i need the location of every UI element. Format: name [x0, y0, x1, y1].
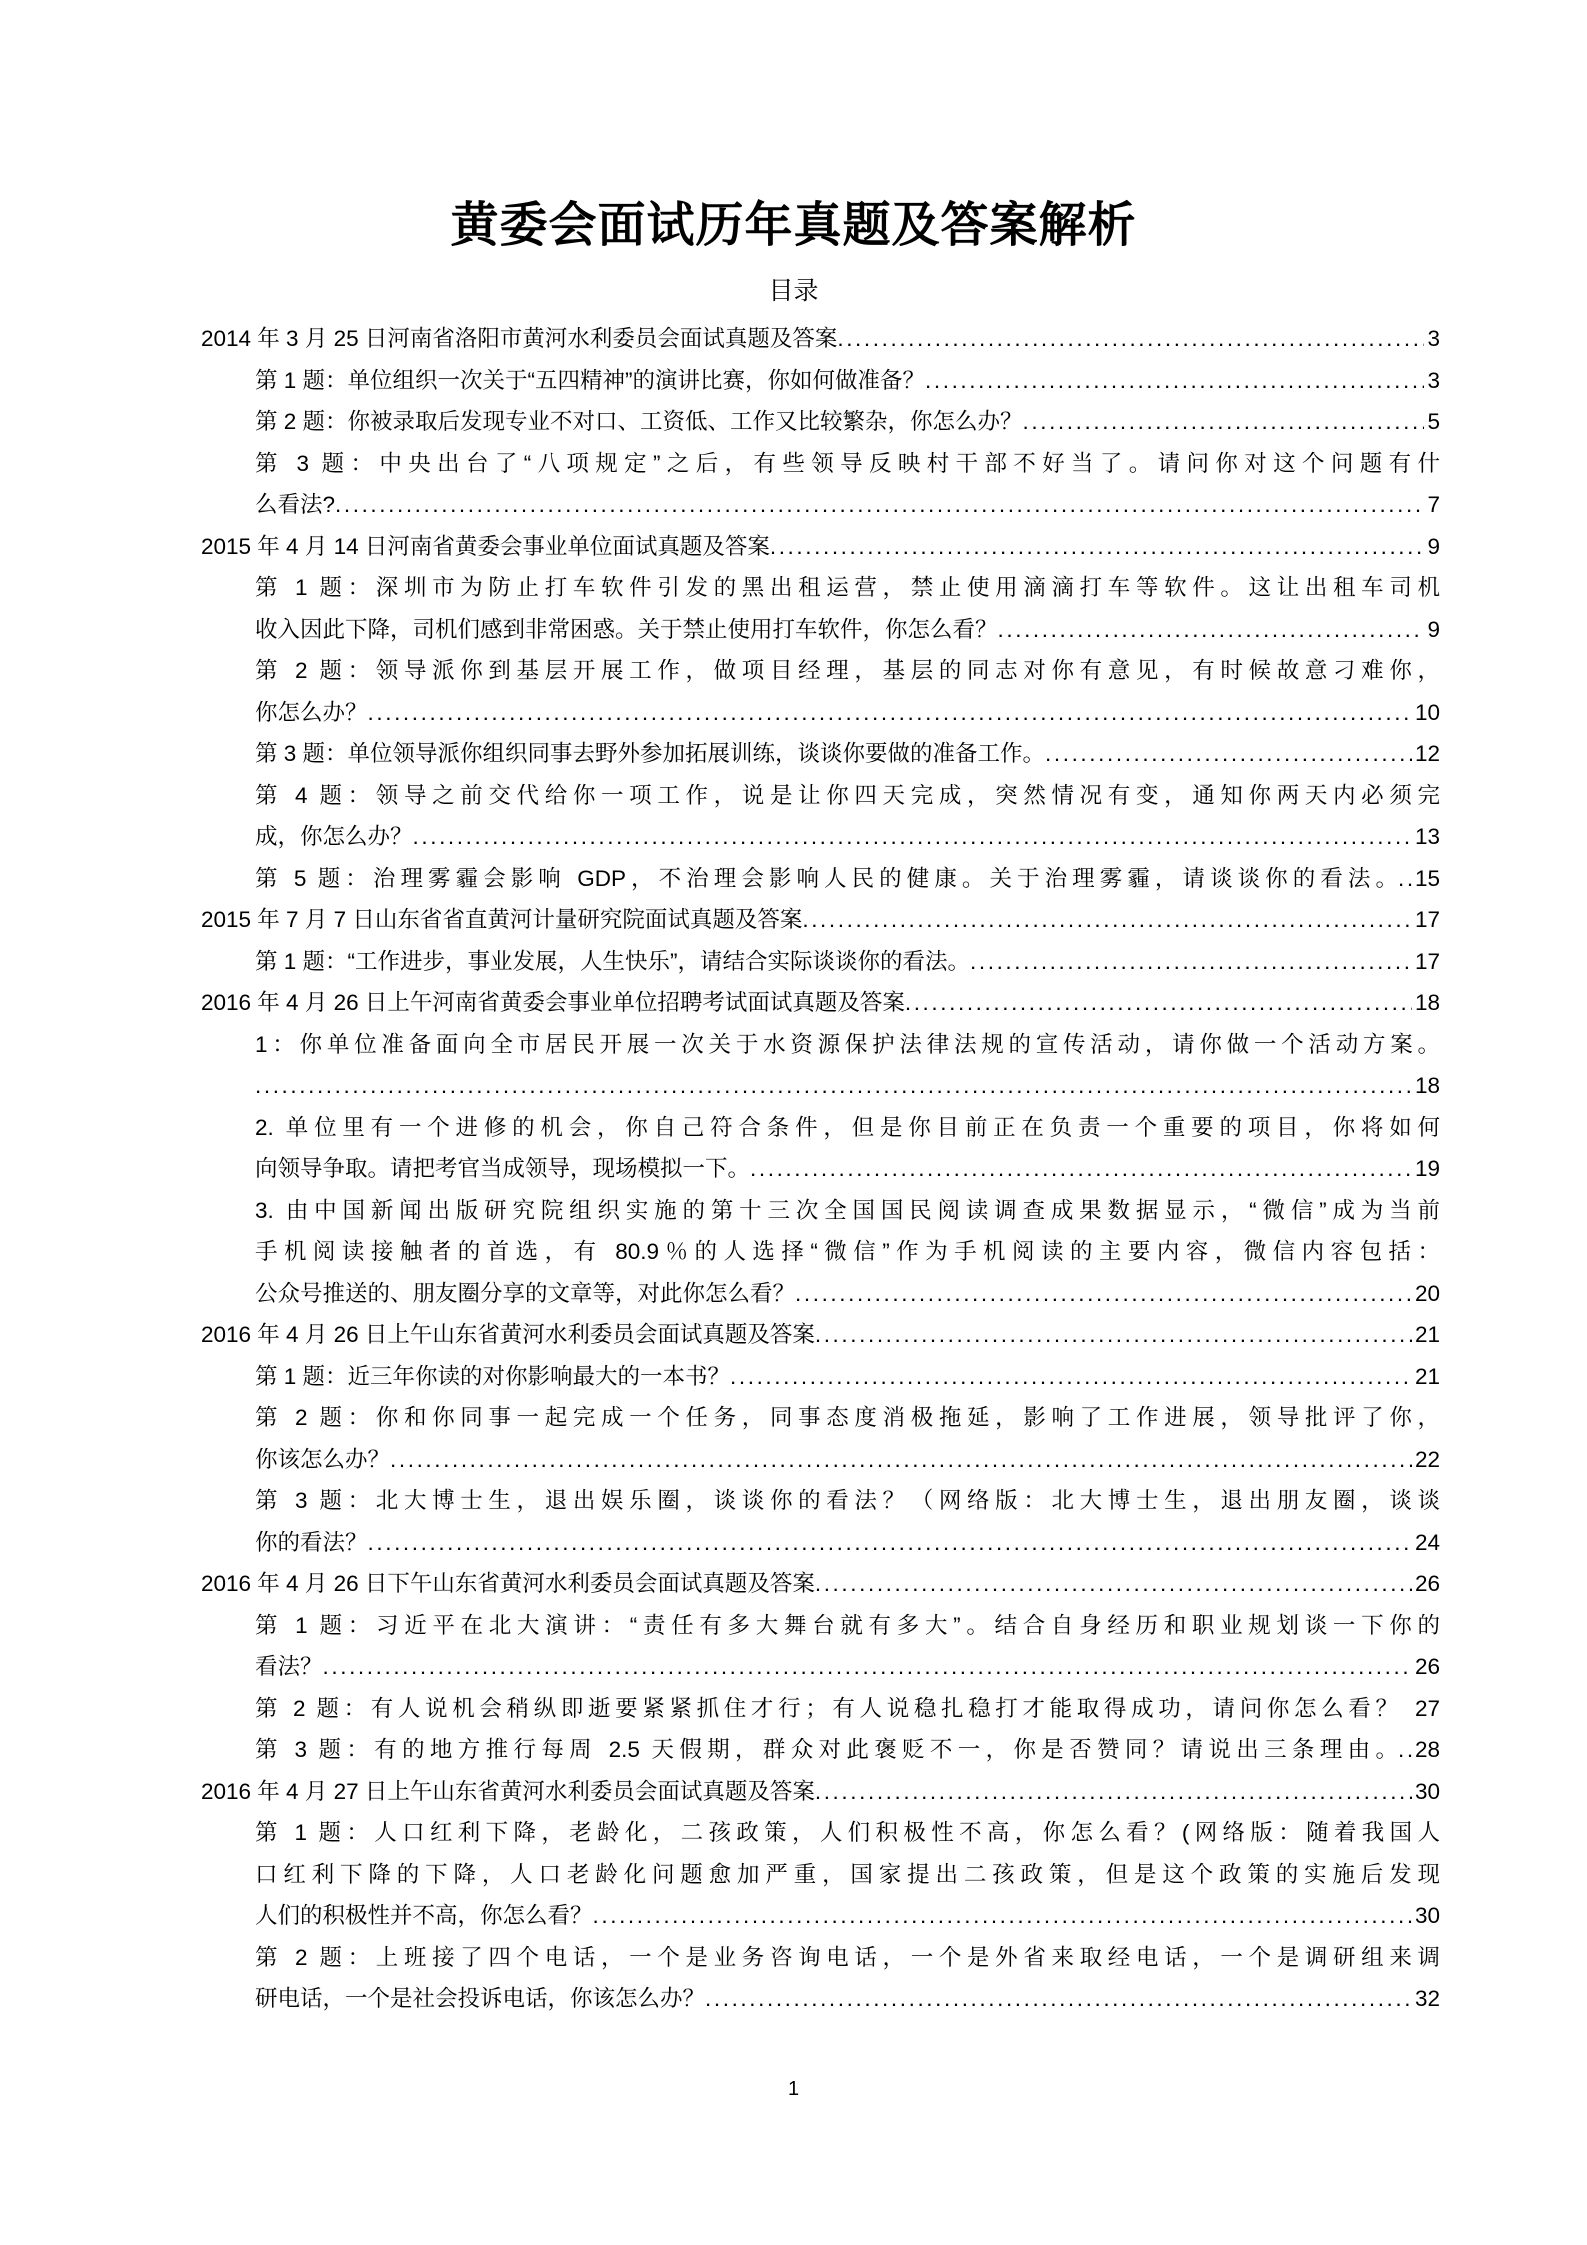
toc-entry-section-line[interactable]: 2016 年 4 月 27 日上午山东省黄河水利委员会面试真题及答案......… [201, 1771, 1440, 1813]
toc-dot-leader: ........................................… [998, 609, 1425, 651]
toc-entry-text: 第 2 题：领导派你到基层开展工作，做项目经理，基层的同志对你有意见，有时候故意… [255, 650, 1440, 692]
toc-dot-leader: ........................................… [925, 360, 1424, 402]
toc-entry-question-line[interactable]: 第 4 题：领导之前交代给你一项工作，说是让你四天完成，突然情况有变，通知你两天… [201, 775, 1440, 817]
toc-entry-text: 么看法? [255, 484, 335, 526]
toc-dot-leader: ........................................… [413, 816, 1412, 858]
toc-entry-text: 第 1 题：深圳市为防止打车软件引发的黑出租运营，禁止使用滴滴打车等软件。这让出… [255, 567, 1440, 609]
toc-dot-leader: ........................................… [335, 484, 1424, 526]
toc-entry-question-line[interactable]: 口红利下降的下降，人口老龄化问题愈加严重，国家提出二孩政策，但是这个政策的实施后… [201, 1854, 1440, 1896]
toc-entry-text: 公众号推送的、朋友圈分享的文章等，对此你怎么看？ [255, 1273, 795, 1315]
toc-page-number: 20 [1412, 1273, 1440, 1315]
toc-entry-text: 第 1 题：“工作进步，事业发展，人生快乐”，请结合实际谈谈你的看法。 [255, 941, 970, 983]
toc-page-number: 7 [1424, 484, 1440, 526]
toc-entry-question-line[interactable]: 第 1 题：“工作进步，事业发展，人生快乐”，请结合实际谈谈你的看法。.....… [201, 941, 1440, 983]
toc-entry-text: 第 1 题：近三年你读的对你影响最大的一本书？ [255, 1356, 730, 1398]
toc-entry-question-line[interactable]: 第 2 题：你和你同事一起完成一个任务，同事态度消极拖延，影响了工作进展，领导批… [201, 1397, 1440, 1439]
toc-entry-text: 第 2 题：你被录取后发现专业不对口、工资低、工作又比较繁杂，你怎么办？ [255, 401, 1023, 443]
toc-entry-text: 第 2 题：你和你同事一起完成一个任务，同事态度消极拖延，影响了工作进展，领导批… [255, 1397, 1440, 1439]
toc-entry-text: 2016 年 4 月 26 日上午山东省黄河水利委员会面试真题及答案 [201, 1314, 815, 1356]
toc-leader-space [1398, 1688, 1412, 1730]
toc-entry-text: 看法？ [255, 1646, 323, 1688]
toc-entry-text: 向领导争取。请把考官当成领导，现场模拟一下。 [255, 1148, 750, 1190]
toc-entry-question-line[interactable]: 成，你怎么办？.................................… [201, 816, 1440, 858]
toc-page-number: 19 [1412, 1148, 1440, 1190]
toc-entry-question-line[interactable]: ........................................… [201, 1065, 1440, 1107]
toc-entry-text: 第 1 题：单位组织一次关于“五四精神”的演讲比赛，你如何做准备？ [255, 360, 925, 402]
toc-entry-question-line[interactable]: 人们的积极性并不高，你怎么看？.........................… [201, 1895, 1440, 1937]
toc-entry-section-line[interactable]: 2016 年 4 月 26 日下午山东省黄河水利委员会面试真题及答案......… [201, 1563, 1440, 1605]
toc-entry-text: 第 3 题：北大博士生，退出娱乐圈，谈谈你的看法？（网络版：北大博士生，退出朋友… [255, 1480, 1440, 1522]
toc-entry-question-line[interactable]: 1：你单位准备面向全市居民开展一次关于水资源保护法律法规的宣传活动，请你做一个活… [201, 1024, 1440, 1066]
toc-dot-leader: ........................................… [815, 1563, 1412, 1605]
toc-dot-leader: ........................................… [705, 1978, 1412, 2020]
toc-entry-text: 你怎么办？ [255, 692, 368, 734]
toc-entry-text: 第 1 题：人口红利下降，老龄化，二孩政策，人们积极性不高，你怎么看？(网络版：… [255, 1812, 1440, 1854]
toc-dot-leader: ........................................… [750, 1148, 1412, 1190]
toc-dot-leader: ........................................… [368, 1522, 1412, 1564]
document-page: 黄委会面试历年真题及答案解析 目录 2014 年 3 月 25 日河南省洛阳市黄… [0, 0, 1587, 2245]
toc-dot-leader: ........................................… [770, 526, 1425, 568]
toc-dot-leader: ........................................… [390, 1439, 1412, 1481]
table-of-contents: 2014 年 3 月 25 日河南省洛阳市黄河水利委员会面试真题及答案.....… [201, 318, 1440, 2020]
toc-entry-question-line[interactable]: 么看法?....................................… [201, 484, 1440, 526]
toc-entry-text: 第 3 题：中央出台了“八项规定”之后，有些领导反映村干部不好当了。请问你对这个… [255, 443, 1440, 485]
toc-entry-text: 2014 年 3 月 25 日河南省洛阳市黄河水利委员会面试真题及答案 [201, 318, 837, 360]
toc-dot-leader: ........................................… [323, 1646, 1412, 1688]
toc-entry-text: 2016 年 4 月 26 日下午山东省黄河水利委员会面试真题及答案 [201, 1563, 815, 1605]
toc-page-number: 3 [1424, 360, 1440, 402]
toc-page-number: 22 [1412, 1439, 1440, 1481]
toc-page-number: 12 [1412, 733, 1440, 775]
toc-entry-question-line[interactable]: 第 1 题：近三年你读的对你影响最大的一本书？.................… [201, 1356, 1440, 1398]
toc-page-number: 30 [1412, 1895, 1440, 1937]
toc-entry-text: 口红利下降的下降，人口老龄化问题愈加严重，国家提出二孩政策，但是这个政策的实施后… [255, 1854, 1440, 1896]
toc-entry-section-line[interactable]: 2014 年 3 月 25 日河南省洛阳市黄河水利委员会面试真题及答案.....… [201, 318, 1440, 360]
toc-page-number: 15 [1412, 858, 1440, 900]
toc-entry-question-line[interactable]: 第 1 题：单位组织一次关于“五四精神”的演讲比赛，你如何做准备？.......… [201, 360, 1440, 402]
toc-entry-text: 第 3 题：单位领导派你组织同事去野外参加拓展训练，谈谈你要做的准备工作。 [255, 733, 1045, 775]
toc-entry-text: 3. 由中国新闻出版研究院组织实施的第十三次全国国民阅读调查成果数据显示，“微信… [255, 1190, 1440, 1232]
toc-entry-text: 手机阅读接触者的首选，有 80.9％的人选择“微信”作为手机阅读的主要内容，微信… [255, 1231, 1440, 1273]
toc-entry-text: 第 3 题：有的地方推行每周 2.5 天假期，群众对此褒贬不一，你是否赞同？请说… [255, 1729, 1398, 1771]
toc-entry-question-line[interactable]: 手机阅读接触者的首选，有 80.9％的人选择“微信”作为手机阅读的主要内容，微信… [201, 1231, 1440, 1273]
toc-entry-text: 2016 年 4 月 26 日上午河南省黄委会事业单位招聘考试面试真题及答案 [201, 982, 905, 1024]
document-title: 黄委会面试历年真题及答案解析 [0, 196, 1587, 256]
toc-dot-leader: ........................................… [1398, 858, 1412, 900]
toc-entry-section-line[interactable]: 2016 年 4 月 26 日上午山东省黄河水利委员会面试真题及答案......… [201, 1314, 1440, 1356]
toc-page-number: 10 [1412, 692, 1440, 734]
toc-dot-leader: ........................................… [802, 899, 1412, 941]
toc-entry-question-line[interactable]: 第 2 题：有人说机会稍纵即逝要紧紧抓住才行；有人说稳扎稳打才能取得成功，请问你… [201, 1688, 1440, 1730]
toc-page-number: 9 [1424, 526, 1440, 568]
toc-entry-text: 第 4 题：领导之前交代给你一项工作，说是让你四天完成，突然情况有变，通知你两天… [255, 775, 1440, 817]
footer-page-number: 1 [0, 2076, 1587, 2102]
toc-entry-text: 2015 年 7 月 7 日山东省省直黄河计量研究院面试真题及答案 [201, 899, 802, 941]
toc-entry-text: 1：你单位准备面向全市居民开展一次关于水资源保护法律法规的宣传活动，请你做一个活… [255, 1024, 1440, 1066]
toc-page-number: 24 [1412, 1522, 1440, 1564]
toc-entry-question-line[interactable]: 第 2 题：上班接了四个电话，一个是业务咨询电话，一个是外省来取经电话，一个是调… [201, 1937, 1440, 1979]
toc-entry-text: 第 2 题：有人说机会稍纵即逝要紧紧抓住才行；有人说稳扎稳打才能取得成功，请问你… [255, 1688, 1398, 1730]
toc-page-number: 13 [1412, 816, 1440, 858]
toc-dot-leader: ........................................… [368, 692, 1412, 734]
toc-entry-section-line[interactable]: 2015 年 7 月 7 日山东省省直黄河计量研究院面试真题及答案.......… [201, 899, 1440, 941]
toc-entry-text: 研电话，一个是社会投诉电话，你该怎么办？ [255, 1978, 705, 2020]
toc-entry-question-line[interactable]: 收入因此下降，司机们感到非常困惑。关于禁止使用打车软件，你怎么看？.......… [201, 609, 1440, 651]
toc-entry-question-line[interactable]: 第 3 题：中央出台了“八项规定”之后，有些领导反映村干部不好当了。请问你对这个… [201, 443, 1440, 485]
toc-entry-question-line[interactable]: 你怎么办？...................................… [201, 692, 1440, 734]
toc-entry-question-line[interactable]: 向领导争取。请把考官当成领导，现场模拟一下。..................… [201, 1148, 1440, 1190]
toc-dot-leader: ........................................… [1398, 1729, 1412, 1771]
toc-entry-text: 收入因此下降，司机们感到非常困惑。关于禁止使用打车软件，你怎么看？ [255, 609, 998, 651]
toc-entry-text: 第 5 题：治理雾霾会影响 GDP，不治理会影响人民的健康。关于治理雾霾，请谈谈… [255, 858, 1398, 900]
toc-entry-text: 2016 年 4 月 27 日上午山东省黄河水利委员会面试真题及答案 [201, 1771, 815, 1813]
toc-page-number: 5 [1424, 401, 1440, 443]
toc-dot-leader: ........................................… [255, 1065, 1412, 1107]
toc-page-number: 30 [1412, 1771, 1440, 1813]
toc-page-number: 32 [1412, 1978, 1440, 2020]
toc-entry-section-line[interactable]: 2015 年 4 月 14 日河南省黄委会事业单位面试真题及答案........… [201, 526, 1440, 568]
toc-entry-question-line[interactable]: 第 3 题：有的地方推行每周 2.5 天假期，群众对此褒贬不一，你是否赞同？请说… [201, 1729, 1440, 1771]
toc-page-number: 27 [1412, 1688, 1440, 1730]
toc-dot-leader: ........................................… [1045, 733, 1412, 775]
toc-dot-leader: ........................................… [815, 1314, 1412, 1356]
toc-entry-text: 第 2 题：上班接了四个电话，一个是业务咨询电话，一个是外省来取经电话，一个是调… [255, 1937, 1440, 1979]
toc-entry-question-line[interactable]: 第 2 题：你被录取后发现专业不对口、工资低、工作又比较繁杂，你怎么办？....… [201, 401, 1440, 443]
toc-entry-question-line[interactable]: 第 5 题：治理雾霾会影响 GDP，不治理会影响人民的健康。关于治理雾霾，请谈谈… [201, 858, 1440, 900]
toc-dot-leader: ........................................… [795, 1273, 1412, 1315]
toc-entry-question-line[interactable]: 研电话，一个是社会投诉电话，你该怎么办？....................… [201, 1978, 1440, 2020]
toc-entry-question-line[interactable]: 第 1 题：深圳市为防止打车软件引发的黑出租运营，禁止使用滴滴打车等软件。这让出… [201, 567, 1440, 609]
toc-entry-question-line[interactable]: 第 2 题：领导派你到基层开展工作，做项目经理，基层的同志对你有意见，有时候故意… [201, 650, 1440, 692]
toc-dot-leader: ........................................… [815, 1771, 1412, 1813]
toc-dot-leader: ........................................… [837, 318, 1424, 360]
toc-page-number: 3 [1424, 318, 1440, 360]
toc-entry-text: 第 1 题：习近平在北大演讲：“责任有多大舞台就有多大”。结合自身经历和职业规划… [255, 1605, 1440, 1647]
toc-entry-section-line[interactable]: 2016 年 4 月 26 日上午河南省黄委会事业单位招聘考试面试真题及答案..… [201, 982, 1440, 1024]
toc-page-number: 21 [1412, 1314, 1440, 1356]
toc-page-number: 21 [1412, 1356, 1440, 1398]
toc-page-number: 18 [1412, 982, 1440, 1024]
toc-page-number: 17 [1412, 941, 1440, 983]
toc-dot-leader: ........................................… [593, 1895, 1412, 1937]
toc-entry-question-line[interactable]: 第 3 题：北大博士生，退出娱乐圈，谈谈你的看法？（网络版：北大博士生，退出朋友… [201, 1480, 1440, 1522]
toc-entry-question-line[interactable]: 你该怎么办？..................................… [201, 1439, 1440, 1481]
toc-entry-question-line[interactable]: 3. 由中国新闻出版研究院组织实施的第十三次全国国民阅读调查成果数据显示，“微信… [201, 1190, 1440, 1232]
toc-entry-question-line[interactable]: 公众号推送的、朋友圈分享的文章等，对此你怎么看？................… [201, 1273, 1440, 1315]
toc-page-number: 26 [1412, 1646, 1440, 1688]
toc-entry-question-line[interactable]: 你的看法？...................................… [201, 1522, 1440, 1564]
toc-dot-leader: ........................................… [730, 1356, 1412, 1398]
toc-heading: 目录 [0, 276, 1587, 308]
toc-page-number: 18 [1412, 1065, 1440, 1107]
toc-entry-question-line[interactable]: 第 3 题：单位领导派你组织同事去野外参加拓展训练，谈谈你要做的准备工作。...… [201, 733, 1440, 775]
toc-entry-text: 2015 年 4 月 14 日河南省黄委会事业单位面试真题及答案 [201, 526, 770, 568]
toc-entry-text: 你的看法？ [255, 1522, 368, 1564]
toc-page-number: 26 [1412, 1563, 1440, 1605]
toc-page-number: 17 [1412, 899, 1440, 941]
toc-entry-question-line[interactable]: 第 1 题：人口红利下降，老龄化，二孩政策，人们积极性不高，你怎么看？(网络版：… [201, 1812, 1440, 1854]
toc-entry-question-line[interactable]: 2. 单位里有一个进修的机会，你自己符合条件，但是你目前正在负责一个重要的项目，… [201, 1107, 1440, 1149]
toc-dot-leader: ........................................… [970, 941, 1412, 983]
toc-page-number: 28 [1412, 1729, 1440, 1771]
toc-dot-leader: ........................................… [905, 982, 1412, 1024]
toc-dot-leader: ........................................… [1023, 401, 1425, 443]
toc-entry-question-line[interactable]: 第 1 题：习近平在北大演讲：“责任有多大舞台就有多大”。结合自身经历和职业规划… [201, 1605, 1440, 1647]
toc-page-number: 9 [1424, 609, 1440, 651]
toc-entry-text: 成，你怎么办？ [255, 816, 413, 858]
toc-entry-question-line[interactable]: 看法？.....................................… [201, 1646, 1440, 1688]
toc-entry-text: 你该怎么办？ [255, 1439, 390, 1481]
toc-entry-text: 2. 单位里有一个进修的机会，你自己符合条件，但是你目前正在负责一个重要的项目，… [255, 1107, 1440, 1149]
toc-entry-text: 人们的积极性并不高，你怎么看？ [255, 1895, 593, 1937]
